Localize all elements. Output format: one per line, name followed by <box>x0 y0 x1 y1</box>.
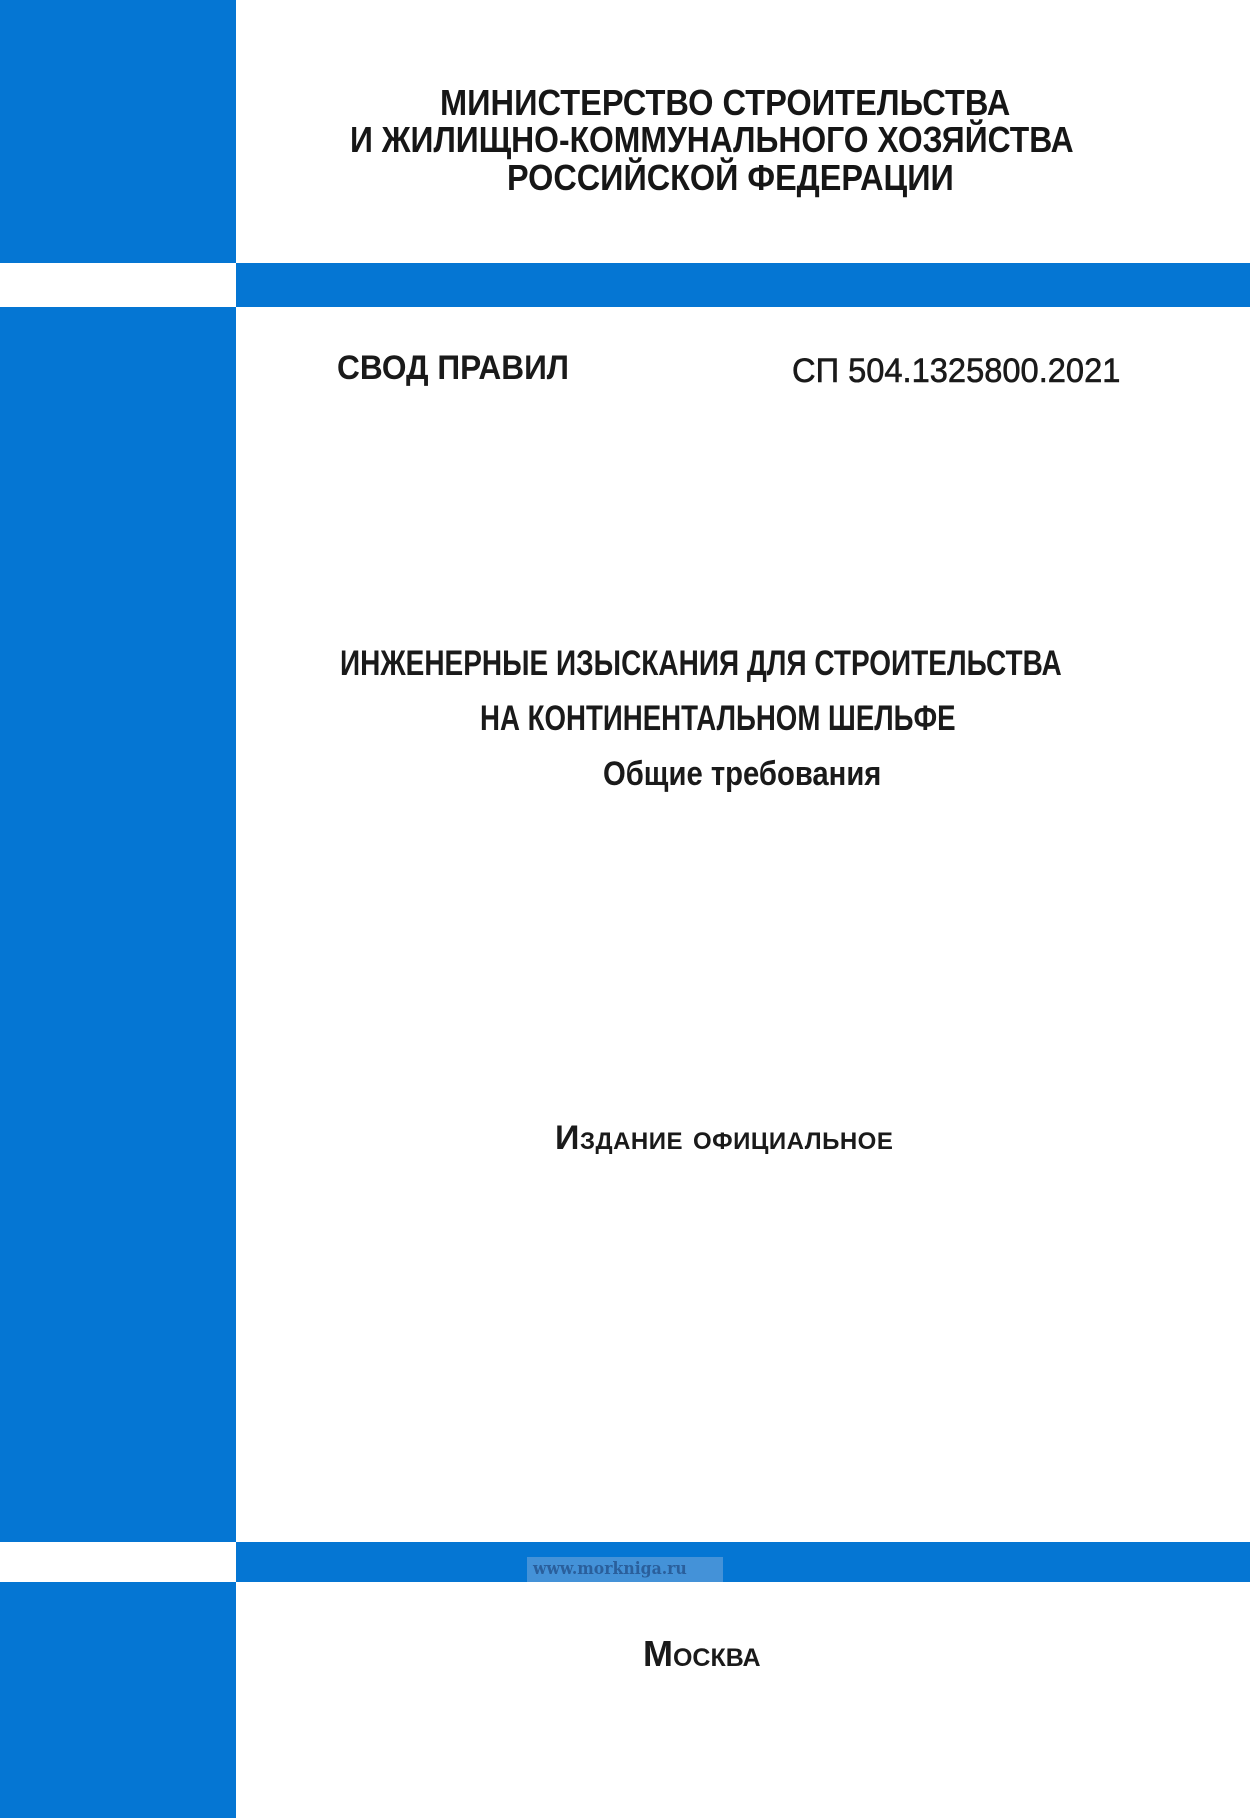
series-label: СВОД ПРАВИЛ <box>337 351 569 385</box>
watermark-text: www.morkniga.ru <box>533 1557 687 1582</box>
title-line: НА КОНТИНЕНТАЛЬНОМ ШЕЛЬФЕ <box>480 701 956 736</box>
left-blue-bar-middle <box>0 307 236 1542</box>
ministry-line: МИНИСТЕРСТВО СТРОИТЕЛЬСТВА <box>440 85 1010 121</box>
title-line: ИНЖЕНЕРНЫЕ ИЗЫСКАНИЯ ДЛЯ СТРОИТЕЛЬСТВА <box>340 646 1062 681</box>
ministry-line: И ЖИЛИЩНО-КОММУНАЛЬНОГО ХОЗЯЙСТВА <box>350 122 1074 158</box>
bottom-blue-band <box>236 1542 1250 1582</box>
publication-city: Москва <box>643 1636 761 1672</box>
watermark: www.morkniga.ru <box>527 1557 723 1582</box>
left-blue-bar-top <box>0 0 236 263</box>
left-blue-bar-bottom <box>0 1582 236 1818</box>
document-code: СП 504.1325800.2021 <box>792 354 1120 388</box>
top-blue-band <box>236 263 1250 307</box>
edition-label: Издание официальное <box>555 1121 893 1155</box>
ministry-line: РОССИЙСКОЙ ФЕДЕРАЦИИ <box>507 160 954 196</box>
document-subtitle: Общие требования <box>603 757 881 791</box>
